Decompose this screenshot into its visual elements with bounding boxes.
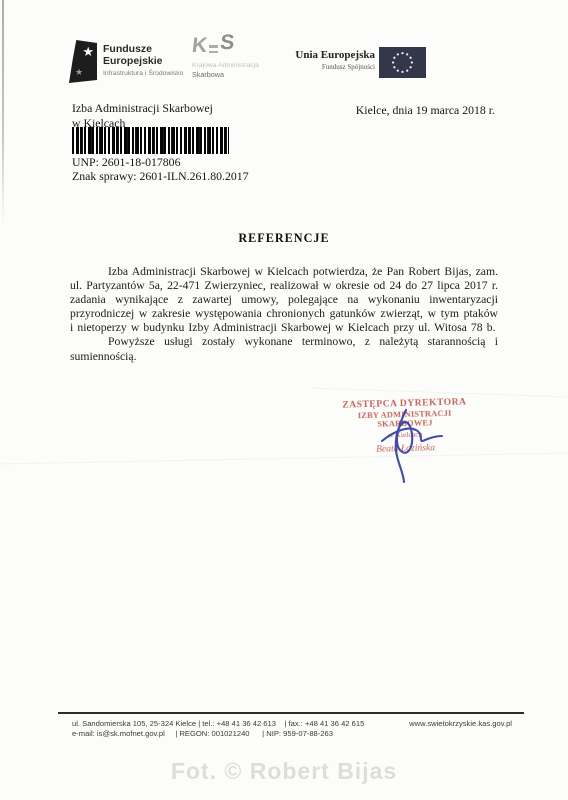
eu-logo-text: Unia Europejska Fundusz Spójności — [272, 49, 375, 71]
barcode — [72, 127, 229, 154]
kas-mark-bars — [209, 45, 218, 53]
fe-flag-icon: ★ ★ — [69, 40, 97, 83]
kas-mark-k: K — [191, 34, 209, 58]
eu-logo-subtitle: Fundusz Spójności — [272, 63, 375, 71]
unp-number: UNP: 2601-18-017806 — [72, 155, 180, 170]
footer-website: www.swietokrzyskie.kas.gov.pl — [409, 719, 512, 728]
document-title: REFERENCJE — [0, 231, 568, 246]
kas-logo: K S Krajowa Administracja Skarbowa — [192, 34, 259, 79]
eu-stars-icon — [379, 47, 426, 78]
eu-logo-name: Unia Europejska — [272, 49, 375, 61]
unia-europejska-logo: Unia Europejska Fundusz Spójności — [272, 47, 442, 81]
dateline: Kielce, dnia 19 marca 2018 r. — [356, 103, 495, 118]
handwritten-signature — [362, 406, 454, 484]
scanned-letter-page: ★ ★ Fundusze Europejskie Infrastruktura … — [0, 0, 568, 800]
photo-watermark: Fot. © Robert Bijas — [0, 758, 568, 785]
star-icon: ★ — [82, 46, 94, 59]
paper-crease — [0, 453, 568, 465]
scan-edge-artifact — [2, 0, 4, 225]
star-icon: ★ — [75, 69, 83, 78]
kas-subtitle: Skarbowa — [192, 70, 259, 79]
fundusze-europejskie-logo: ★ ★ Fundusze Europejskie Infrastruktura … — [69, 40, 97, 83]
sender-name: Izba Administracji Skarbowej — [72, 101, 213, 116]
footer-rule — [58, 712, 524, 714]
kas-mark-s: S — [219, 31, 236, 55]
footer-contact: e-mail: is@sk.mofnet.gov.pl | REGON: 001… — [72, 729, 333, 738]
letter-body: Izba Administracji Skarbowej w Kielcach … — [70, 265, 498, 364]
kas-subtitle: Krajowa Administracja — [192, 62, 259, 69]
eu-flag-icon — [379, 47, 426, 78]
body-paragraph: Izba Administracji Skarbowej w Kielcach … — [70, 265, 498, 335]
paper-crease — [312, 388, 567, 398]
footer-address: ul. Sandomierska 105, 25-324 Kielce | te… — [72, 719, 364, 728]
kas-mark-icon: K S — [192, 34, 259, 58]
body-paragraph: Powyższe usługi zostały wykonane termino… — [70, 335, 498, 363]
case-number: Znak sprawy: 2601-ILN.261.80.2017 — [72, 169, 249, 184]
